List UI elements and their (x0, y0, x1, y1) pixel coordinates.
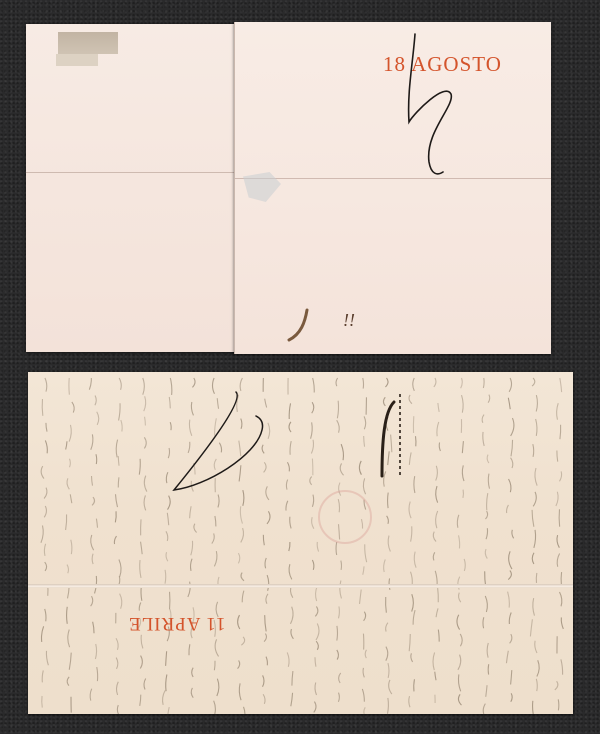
fold-edge (28, 584, 573, 588)
fold-line (26, 172, 236, 173)
top-letter-left-panel (26, 24, 236, 352)
manuscript-mark-right (374, 392, 414, 482)
postmark-date-stamp-inverted: 11 APRILE (128, 612, 226, 634)
adhesive-tape-remnant (58, 32, 118, 54)
faint-circular-postmark (318, 490, 372, 544)
manuscript-rate-mark (385, 32, 475, 192)
wax-seal-remnant (243, 172, 281, 202)
pencil-note: !! (343, 310, 355, 331)
ink-smudge-mark (285, 308, 315, 344)
faded-handwriting-lines (28, 372, 573, 714)
manuscript-rate-mark (166, 386, 276, 496)
top-letter-right-panel: 18 AGOSTO !! (234, 22, 551, 354)
bottom-letter: 11 APRILE (28, 372, 573, 714)
adhesive-tape-shadow (56, 54, 98, 66)
